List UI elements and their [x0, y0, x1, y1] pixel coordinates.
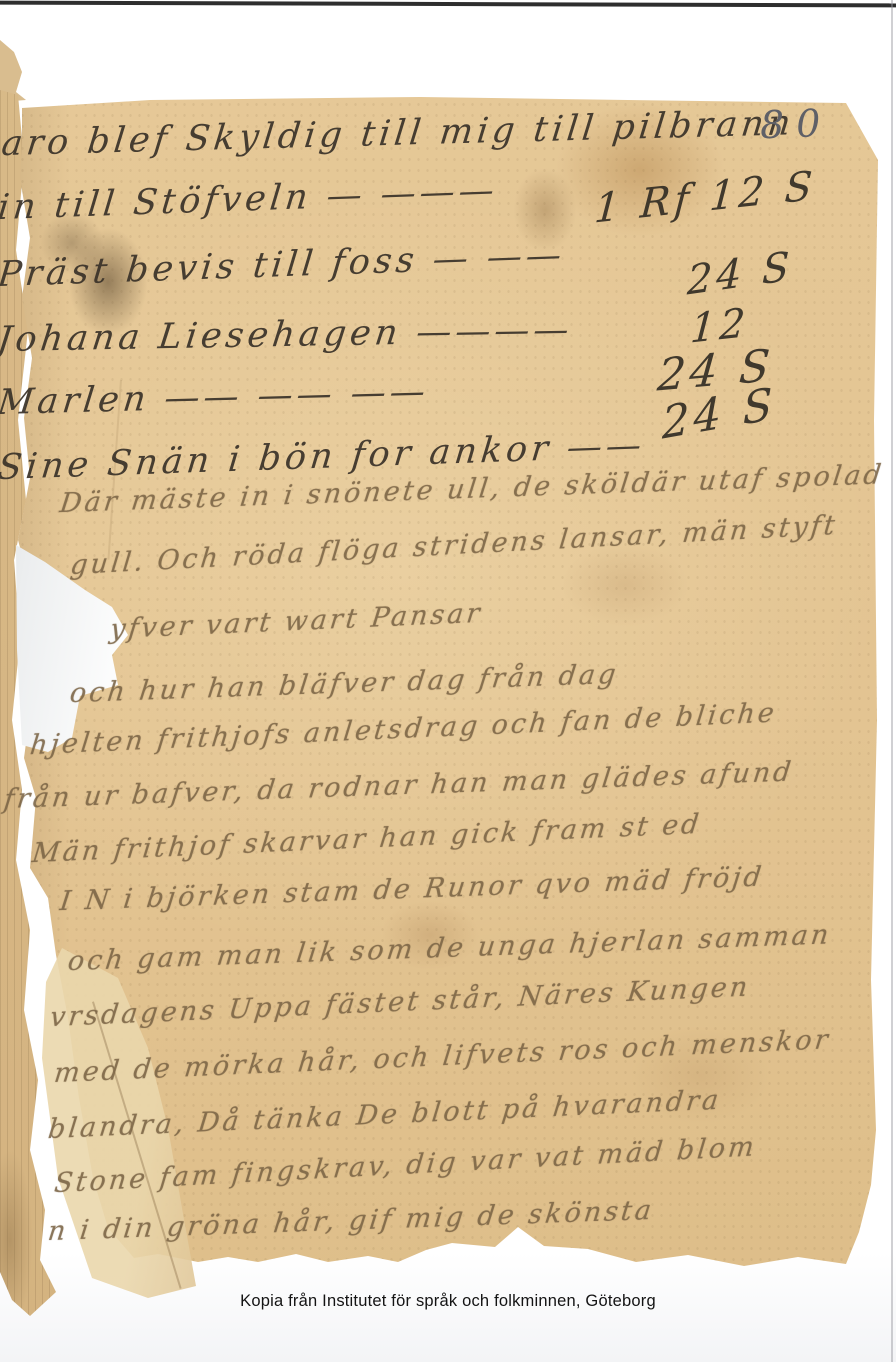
scan-caption: Kopia från Institutet för språk och folk… [0, 1292, 896, 1311]
page-number: 80 [759, 101, 833, 147]
scanned-page: aro blef Skyldig till mig till pilbrann … [0, 0, 896, 1362]
scanner-top-edge [0, 1, 896, 8]
scanner-right-edge [891, 0, 893, 1362]
